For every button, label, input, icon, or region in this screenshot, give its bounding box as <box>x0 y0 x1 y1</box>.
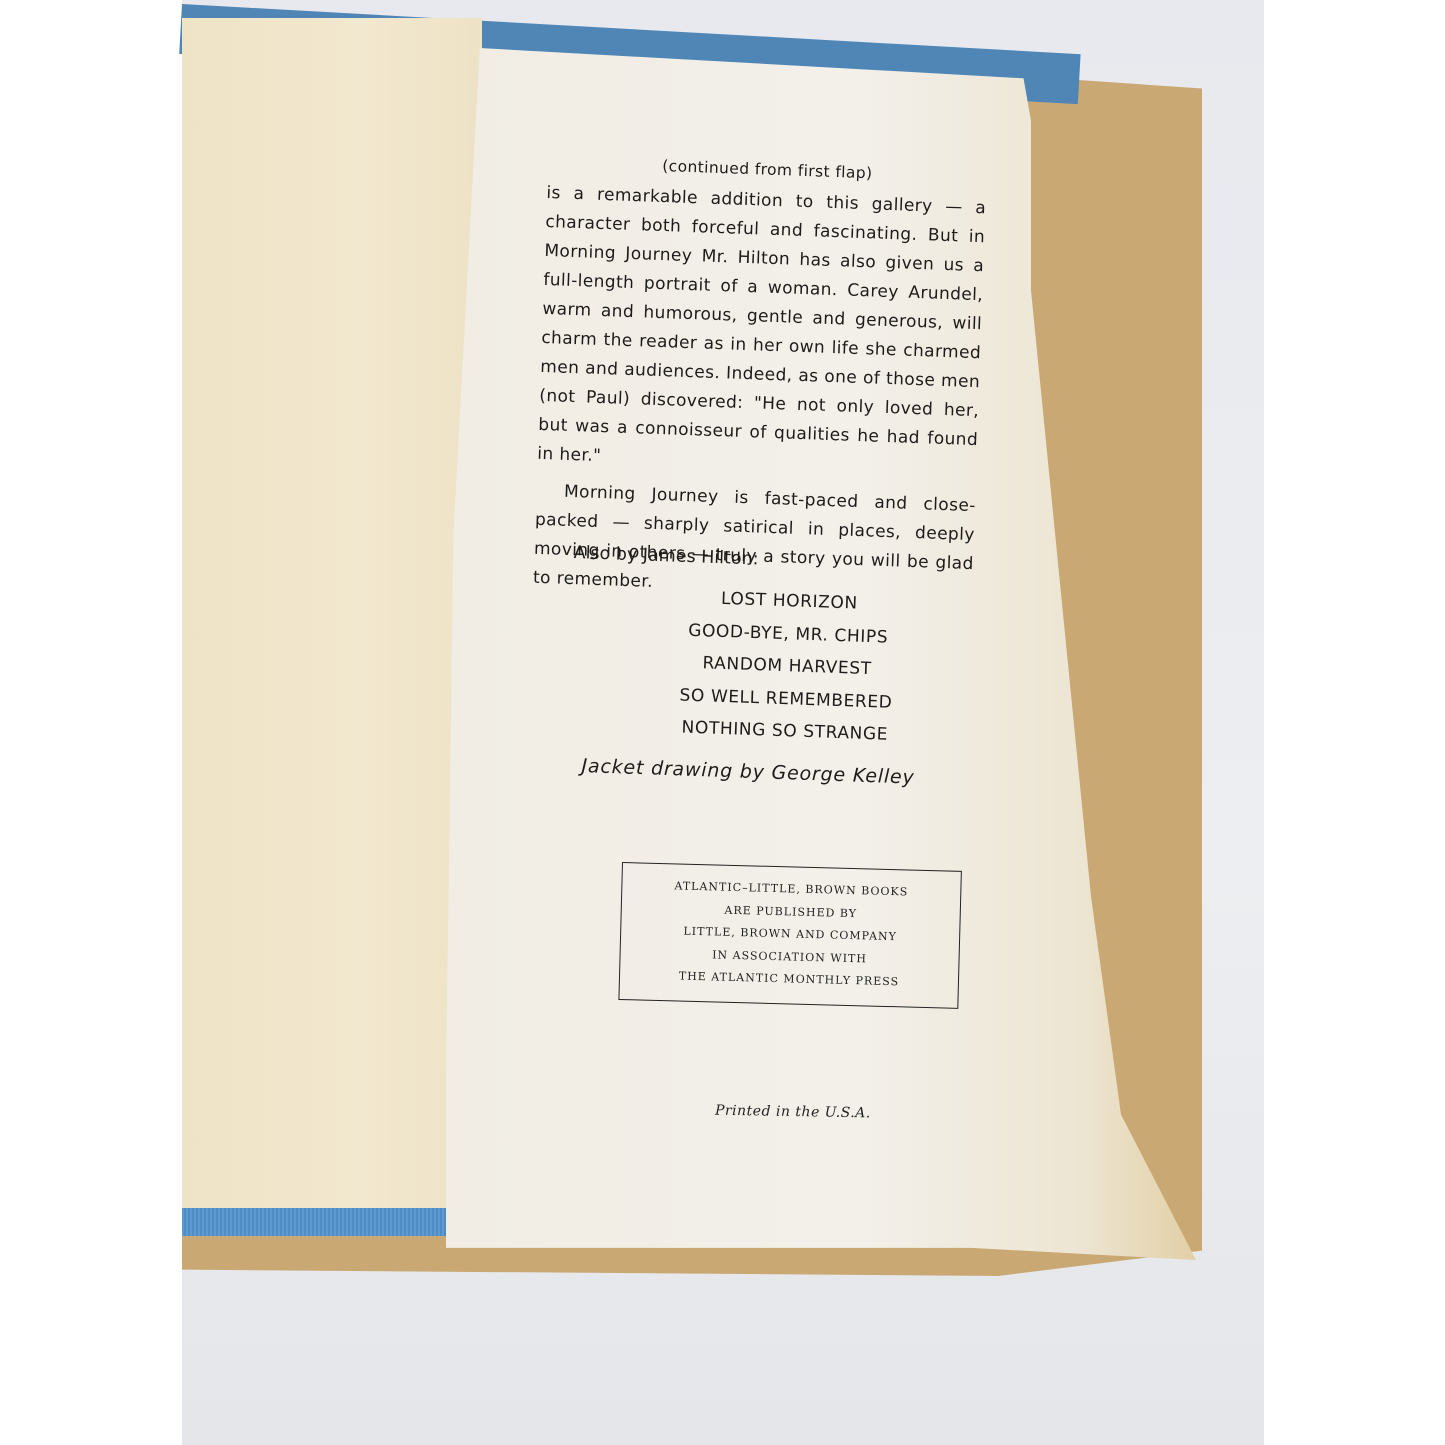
flap-body: (continued from first flap) is a remarka… <box>532 148 987 608</box>
endpaper <box>182 18 482 1208</box>
publisher-box: ATLANTIC–LITTLE, BROWN BOOKS ARE PUBLISH… <box>618 862 961 1009</box>
book-titles-list: LOST HORIZON GOOD-BYE, MR. CHIPS RANDOM … <box>634 580 939 753</box>
printed-notice: Printed in the U.S.A. <box>715 1103 871 1122</box>
flap-paragraph-1: is a remarkable addition to this gallery… <box>537 179 987 484</box>
